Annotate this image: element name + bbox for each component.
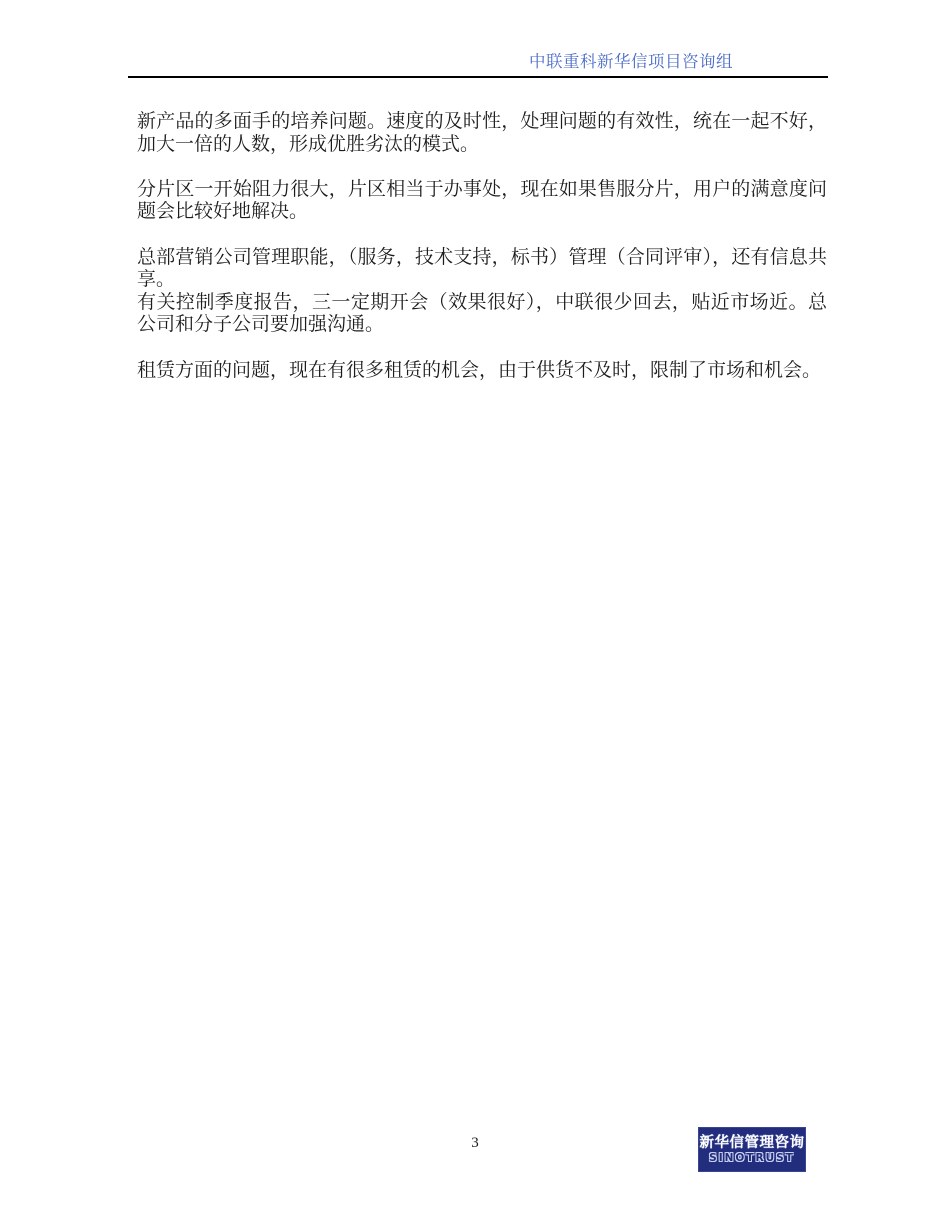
paragraph: 新产品的多面手的培养问题。速度的及时性，处理问题的有效性，统在一起不好，加大一倍…: [137, 111, 827, 156]
paragraph: 租赁方面的问题，现在有很多租赁的机会，由于供货不及时，限制了市场和机会。: [137, 360, 827, 383]
logo-english-text: SINOTRUST: [709, 1152, 795, 1164]
paragraph: 总部营销公司管理职能，（服务，技术支持，标书）管理（合同评审），还有信息共享。: [137, 247, 827, 292]
paragraph: 分片区一开始阻力很大，片区相当于办事处，现在如果售服分片，用户的满意度问题会比较…: [137, 179, 827, 224]
header-title: 中联重科新华信项目咨询组: [529, 51, 733, 72]
header-rule: [128, 76, 828, 78]
document-body: 新产品的多面手的培养问题。速度的及时性，处理问题的有效性，统在一起不好，加大一倍…: [137, 111, 827, 405]
paragraph: 有关控制季度报告，三一定期开会（效果很好），中联很少回去，贴近市场近。总公司和分…: [137, 292, 827, 337]
document-page: 中联重科新华信项目咨询组 新产品的多面手的培养问题。速度的及时性，处理问题的有效…: [0, 0, 950, 1230]
logo-chinese-text: 新华信管理咨询: [700, 1136, 805, 1151]
sinotrust-logo: 新华信管理咨询 SINOTRUST: [698, 1127, 806, 1172]
